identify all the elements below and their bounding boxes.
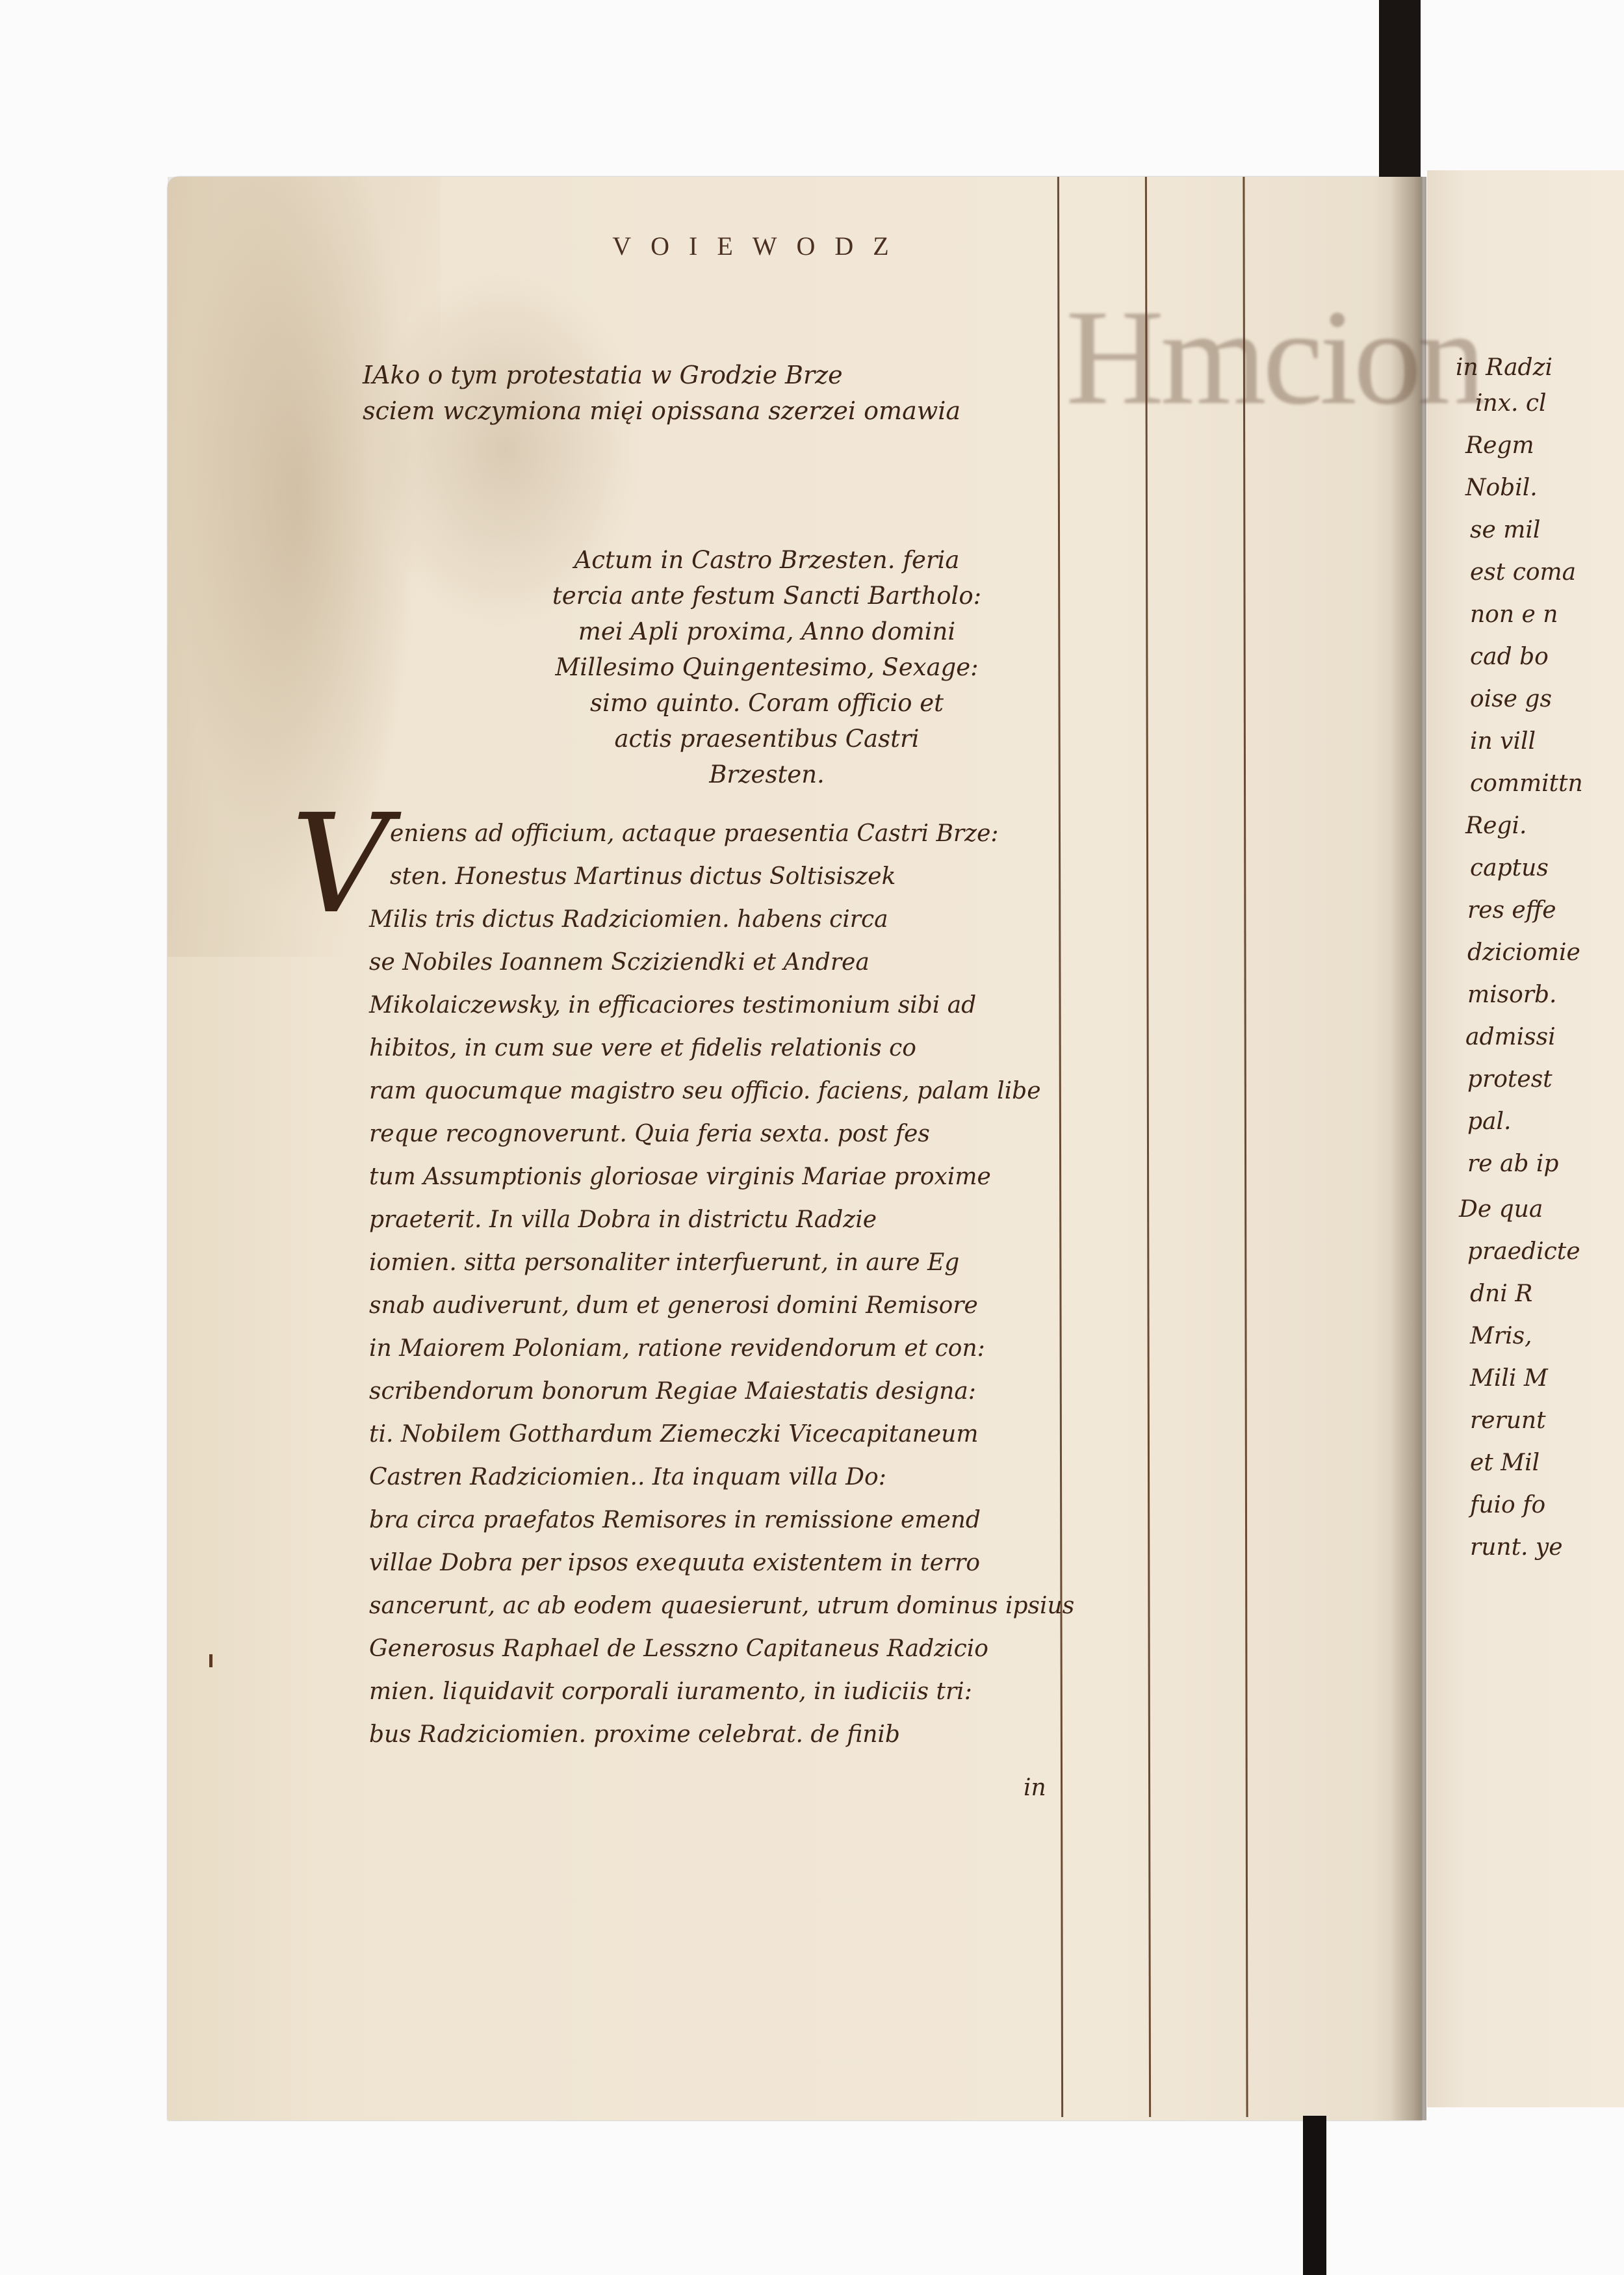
facing-page-line: Regi. bbox=[1465, 812, 1527, 839]
facing-page-line: in Radzi bbox=[1456, 354, 1553, 381]
facing-page-line: se mil bbox=[1470, 517, 1540, 543]
facing-page-line: res effe bbox=[1467, 897, 1556, 924]
body-text-line: hibitos, in cum sue vere et fidelis rela… bbox=[369, 1035, 916, 1061]
margin-mark bbox=[209, 1654, 213, 1667]
facing-page-line: cad bo bbox=[1470, 643, 1549, 670]
body-text-line: praeterit. In villa Dobra in districtu R… bbox=[369, 1206, 877, 1233]
facing-page-line: Nobil. bbox=[1465, 474, 1538, 501]
facing-page-line: committn bbox=[1470, 770, 1583, 797]
binding-gutter-shadow bbox=[1391, 177, 1426, 2120]
facing-page-line: protest bbox=[1467, 1066, 1553, 1093]
clip-strip-bottom bbox=[1303, 2116, 1326, 2275]
facing-page-line: in vill bbox=[1470, 728, 1536, 755]
body-text-line: eniens ad officium, actaque praesentia C… bbox=[390, 820, 999, 847]
body-text-line: Generosus Raphael de Lesszno Capitaneus … bbox=[369, 1635, 988, 1662]
entry-title-line: sciem wczymiona mięi opissana szerzei om… bbox=[363, 396, 960, 425]
acta-heading-line: actis praesentibus Castri bbox=[520, 725, 1014, 753]
manuscript-page-left bbox=[168, 177, 1422, 2120]
facing-page-line: praedicte bbox=[1467, 1238, 1580, 1265]
acta-heading-line: tercia ante festum Sancti Bartholo: bbox=[520, 582, 1014, 610]
facing-page-line: admissi bbox=[1465, 1024, 1556, 1050]
facing-page-line: runt. ye bbox=[1470, 1534, 1563, 1561]
acta-heading-line: simo quinto. Coram officio et bbox=[520, 689, 1014, 717]
body-text-line: ram quocumque magistro seu officio. faci… bbox=[369, 1078, 1041, 1104]
body-text-line: sten. Honestus Martinus dictus Soltisisz… bbox=[390, 863, 896, 890]
facing-page-line: Mili M bbox=[1470, 1365, 1548, 1392]
catchword: in bbox=[1024, 1774, 1046, 1801]
bleed-through-text: Hmcion bbox=[1066, 279, 1482, 436]
body-text-line: bus Radziciomien. proxime celebrat. de f… bbox=[369, 1721, 900, 1748]
facing-page-line: fuio fo bbox=[1470, 1492, 1545, 1518]
body-text-line: villae Dobra per ipsos exequuta existent… bbox=[369, 1550, 980, 1576]
body-text-line: reque recognoverunt. Quia feria sexta. p… bbox=[369, 1121, 930, 1147]
facing-page-line: Regm bbox=[1465, 432, 1534, 459]
facing-page-line: dziciomie bbox=[1467, 939, 1580, 966]
acta-heading-line: Brzesten. bbox=[520, 760, 1014, 788]
body-text-line: scribendorum bonorum Regiae Maiestatis d… bbox=[369, 1378, 976, 1405]
body-text-line: iomien. sitta personaliter interfuerunt,… bbox=[369, 1249, 959, 1276]
facing-page-line: inx. cl bbox=[1475, 390, 1547, 417]
acta-heading-line: Actum in Castro Brzesten. feria bbox=[520, 546, 1014, 574]
body-text-line: ti. Nobilem Gotthardum Ziemeczki Vicecap… bbox=[369, 1421, 978, 1448]
facing-page-line: captus bbox=[1470, 855, 1549, 881]
facing-page-line: Mris, bbox=[1470, 1323, 1532, 1349]
acta-heading-line: Millesimo Quingentesimo, Sexage: bbox=[520, 653, 1014, 681]
facing-page-line: oise gs bbox=[1470, 686, 1552, 712]
facing-page-line: pal. bbox=[1467, 1108, 1511, 1135]
body-text-line: se Nobiles Ioannem Scziziendki et Andrea bbox=[369, 949, 870, 976]
body-text-line: in Maiorem Poloniam, ratione revidendoru… bbox=[369, 1335, 985, 1362]
facing-page-line: et Mil bbox=[1470, 1449, 1540, 1476]
running-head: VOIEWODZ bbox=[591, 231, 929, 261]
facing-page-line: non e n bbox=[1470, 601, 1558, 628]
facing-page-line: misorb. bbox=[1467, 981, 1557, 1008]
body-text-line: bra circa praefatos Remisores in remissi… bbox=[369, 1507, 981, 1533]
facing-page-line: re ab ip bbox=[1467, 1150, 1558, 1177]
facing-page-line: De qua bbox=[1459, 1196, 1543, 1223]
body-text-line: Mikolaiczewsky, in efficaciores testimon… bbox=[369, 992, 976, 1019]
clip-strip-top bbox=[1379, 0, 1421, 177]
facing-page-right bbox=[1427, 170, 1624, 2107]
acta-heading-line: mei Apli proxima, Anno domini bbox=[520, 617, 1014, 645]
body-text-line: snab audiverunt, dum et generosi domini … bbox=[369, 1292, 978, 1319]
entry-title-line: IAko o tym protestatia w Grodzie Brze bbox=[363, 361, 843, 389]
body-text-line: Milis tris dictus Radziciomien. habens c… bbox=[369, 906, 888, 933]
facing-page-line: est coma bbox=[1470, 559, 1576, 586]
body-text-line: mien. liquidavit corporali iuramento, in… bbox=[369, 1678, 972, 1705]
body-text-line: Castren Radziciomien.. Ita inquam villa … bbox=[369, 1464, 886, 1490]
facing-page-line: dni R bbox=[1470, 1280, 1532, 1307]
facing-page-line: rerunt bbox=[1470, 1407, 1546, 1434]
body-text-line: tum Assumptionis gloriosae virginis Mari… bbox=[369, 1163, 991, 1190]
body-text-line: sancerunt, ac ab eodem quaesierunt, utru… bbox=[369, 1592, 1074, 1619]
